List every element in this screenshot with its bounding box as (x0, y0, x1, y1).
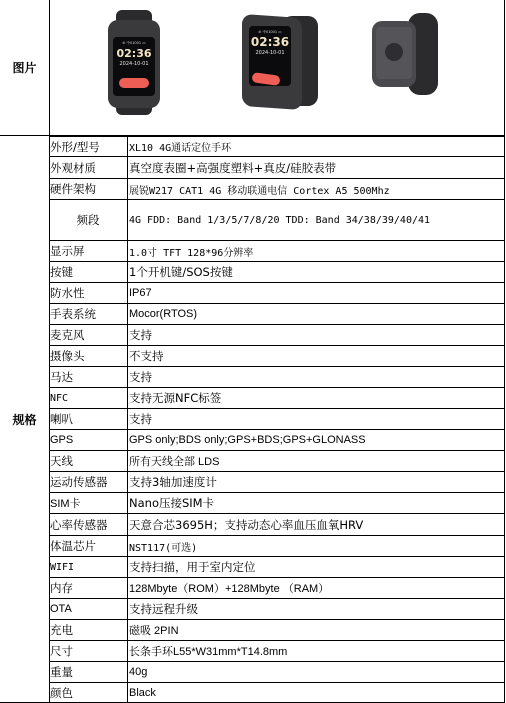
spec-value: IP67 (129, 283, 503, 303)
spec-label: 频段 (50, 200, 126, 240)
spec-value: Mocor(RTOS) (129, 304, 503, 324)
spec-label: 颜色 (50, 683, 126, 702)
spec-value: 4G FDD: Band 1/3/5/7/8/20 TDD: Band 34/3… (129, 200, 503, 240)
spec-value: 不支持 (129, 346, 503, 366)
spec-label: 摄像头 (50, 346, 126, 366)
images-section-label: 图片 (0, 0, 49, 135)
spec-value: 所有天线全部 LDS (129, 451, 503, 471)
spec-value: 128Mbyte（ROM）+128Mbyte （RAM） (129, 578, 503, 598)
spec-value: 1个开机键/SOS按键 (129, 262, 503, 282)
spec-label: 马达 (50, 367, 126, 387)
spec-label: 内存 (50, 578, 126, 598)
spec-label: 手表系统 (50, 304, 126, 324)
spec-value: 支持 (129, 367, 503, 387)
spec-label: 心率传感器 (50, 514, 126, 535)
spec-label: OTA (50, 599, 126, 619)
spec-value: 支持远程升级 (129, 599, 503, 619)
spec-value: 40g (129, 662, 503, 682)
specs-section-label: 规格 (0, 136, 49, 702)
spec-label: 体温芯片 (50, 536, 126, 556)
spec-value: Nano压接SIM卡 (129, 493, 503, 513)
spec-value: XL10 4G通话定位手环 (129, 137, 503, 156)
spec-label: 重量 (50, 662, 126, 682)
watch-date: 2024-10-01 (113, 61, 155, 67)
spec-value: 长条手环L55*W31mm*T14.8mm (129, 641, 503, 661)
column-divider-label (127, 136, 128, 703)
spec-value: 支持 (129, 409, 503, 429)
watch-angle-image: ıll 中01001 ▭ 02:36 2024-10-01 (240, 12, 320, 112)
spec-value: GPS only;BDS only;GPS+BDS;GPS+GLONASS (129, 430, 503, 450)
spec-label: 麦克风 (50, 325, 126, 345)
spec-label: 按键 (50, 262, 126, 282)
watch-time: 02:36 (113, 47, 155, 60)
spec-value: Black (129, 683, 503, 702)
spec-label: 尺寸 (50, 641, 126, 661)
spec-label: 天线 (50, 451, 126, 471)
spec-sheet: 图片 规格 ıll 中01001 ▭ 02:36 2024-10-01 ıll … (0, 0, 506, 703)
spec-label: 防水性 (50, 283, 126, 303)
spec-label: 运动传感器 (50, 472, 126, 492)
watch-date: 2024-10-01 (249, 50, 291, 56)
spec-value: 支持扫描，用于室内定位 (129, 557, 503, 577)
spec-value: 天意合芯3695H；支持动态心率血压血氧HRV (129, 514, 503, 535)
spec-label: 外形/型号 (50, 137, 126, 156)
spec-label: SIM卡 (50, 493, 126, 513)
spec-label: NFC (50, 388, 126, 408)
spec-label: 硬件架构 (50, 179, 126, 199)
watch-front-image: ıll 中01001 ▭ 02:36 2024-10-01 (108, 10, 160, 115)
spec-label: WIFI (50, 557, 126, 577)
spec-value: 展锐W217 CAT1 4G 移动联通电信 Cortex A5 500Mhz (129, 179, 503, 199)
spec-value: 磁吸 2PIN (129, 620, 503, 640)
spec-label: GPS (50, 430, 126, 450)
heart-rate-sensor-icon (385, 43, 403, 61)
spec-label: 喇叭 (50, 409, 126, 429)
watch-back-image (372, 13, 440, 98)
sos-button-icon (119, 78, 149, 88)
watch-time: 02:36 (249, 35, 291, 49)
spec-label: 外观材质 (50, 157, 126, 178)
spec-value: 支持3轴加速度计 (129, 472, 503, 492)
spec-label: 充电 (50, 620, 126, 640)
spec-value: 支持无源NFC标签 (129, 388, 503, 408)
spec-value: NST117(可选) (129, 536, 503, 556)
spec-value: 支持 (129, 325, 503, 345)
watch-status-bar: ıll 中01001 ▭ (113, 41, 155, 46)
spec-value: 1.0寸 TFT 128*96分辨率 (129, 241, 503, 261)
spec-label: 显示屏 (50, 241, 126, 261)
spec-value: 真空度表圈+高强度塑料+真皮/硅胶表带 (129, 157, 503, 178)
